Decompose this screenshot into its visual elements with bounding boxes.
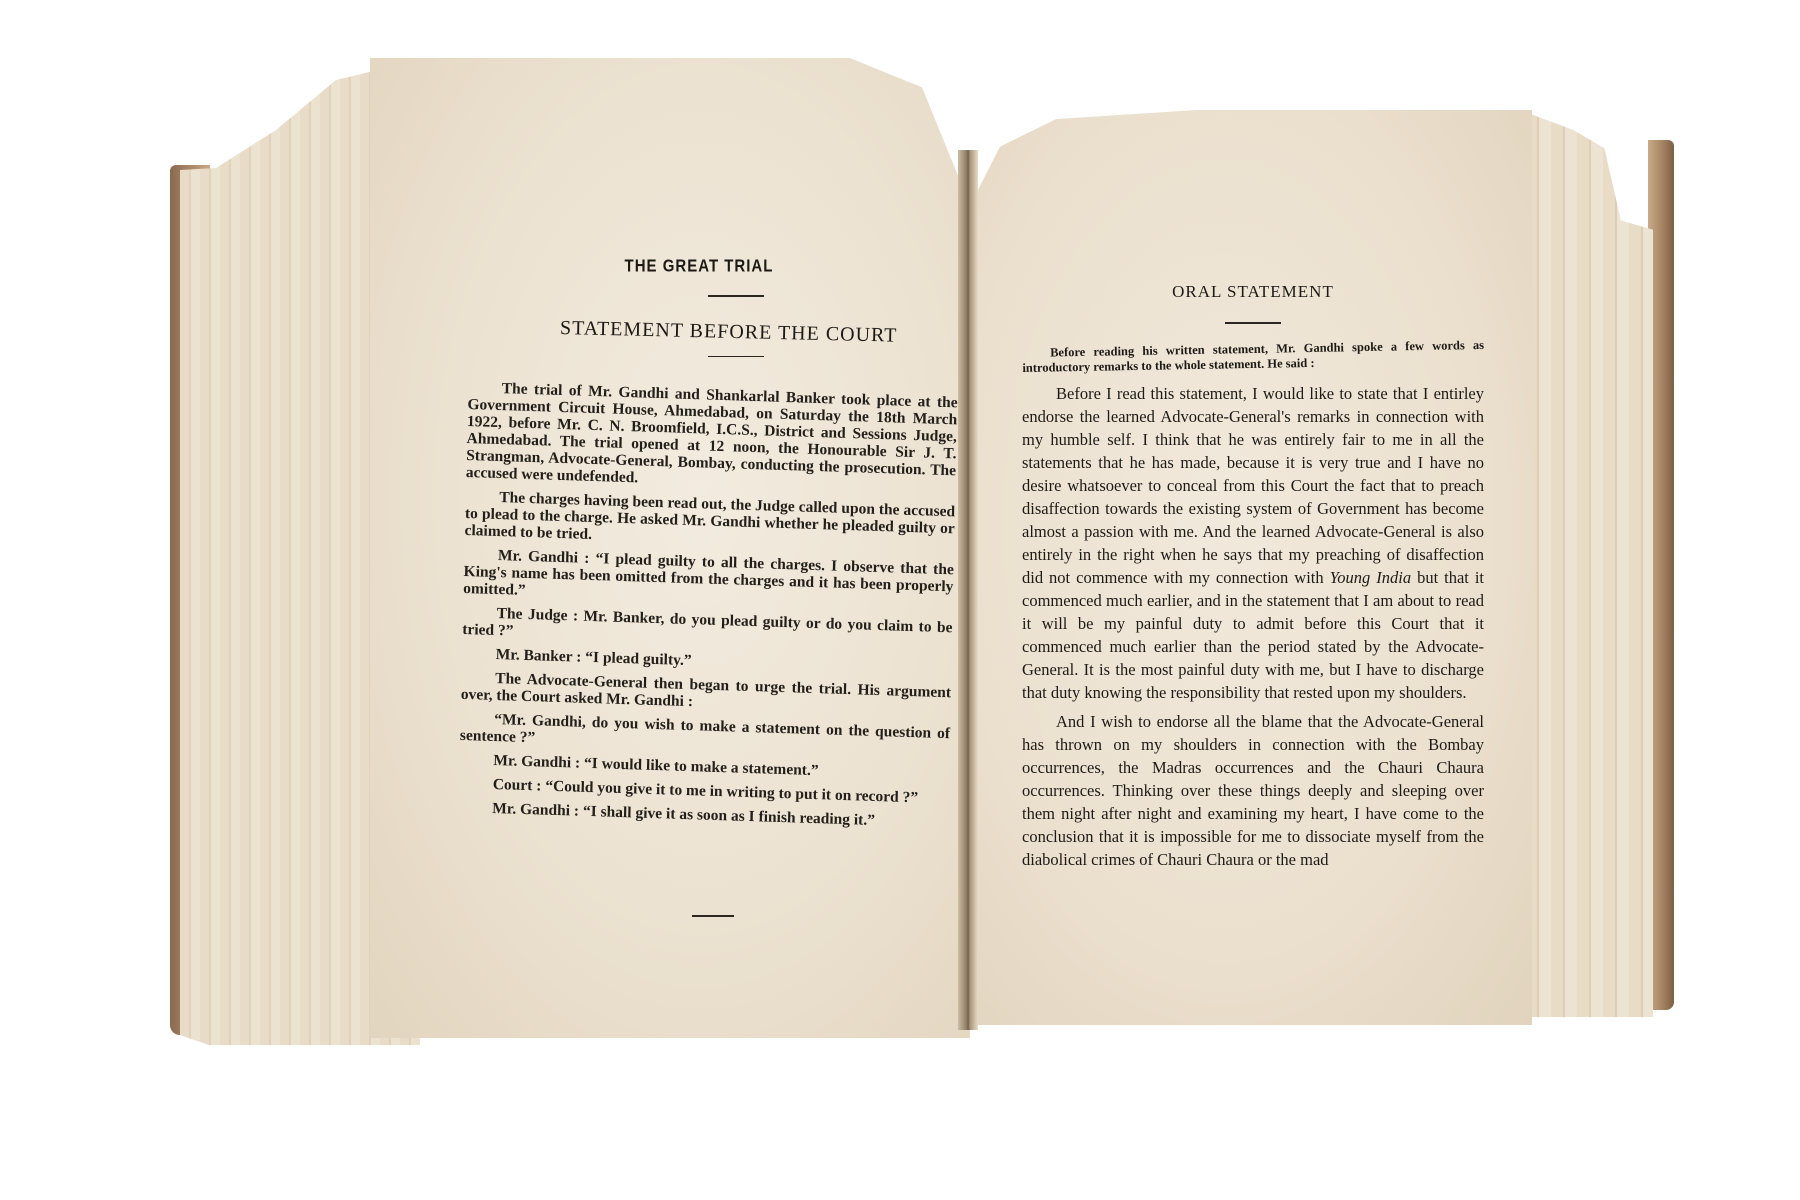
paragraph: “Mr. Gandhi, do you wish to make a state… (460, 710, 951, 759)
paragraph: The charges having been read out, the Ju… (464, 488, 955, 554)
publication-title: Young India (1330, 568, 1411, 587)
paragraph-text: but that it commenced much earlier, and … (1022, 568, 1484, 702)
section-title: ORAL STATEMENT (1022, 282, 1484, 302)
paragraph: The Advocate-General then began to urge … (461, 669, 952, 718)
paragraph-text: Before I read this statement, I would li… (1022, 384, 1484, 587)
paragraph: Mr. Gandhi : “I plead guilty to all the … (463, 546, 954, 612)
paragraph: The trial of Mr. Gandhi and Shankarlal B… (466, 379, 958, 496)
book-gutter (958, 150, 978, 1030)
divider-rule (708, 356, 764, 358)
running-head: THE GREAT TRIAL (564, 257, 834, 277)
right-page-content: ORAL STATEMENT Before reading his writte… (1022, 282, 1484, 877)
page-stack-right (1525, 112, 1653, 1017)
section-title: STATEMENT BEFORE THE COURT (560, 317, 958, 349)
paragraph: And I wish to endorse all the blame that… (1022, 710, 1484, 871)
divider-rule (708, 295, 764, 297)
end-rule (692, 915, 734, 917)
left-page-content: THE GREAT TRIAL STATEMENT BEFORE THE COU… (468, 258, 958, 823)
right-page-body: Before I read this statement, I would li… (1022, 382, 1484, 871)
divider-rule (1225, 322, 1281, 324)
open-book: THE GREAT TRIAL STATEMENT BEFORE THE COU… (0, 0, 1800, 1200)
paragraph: The Judge : Mr. Banker, do you plead gui… (462, 604, 953, 653)
left-page-body: The trial of Mr. Gandhi and Shankarlal B… (458, 379, 958, 831)
intro-note: Before reading his written statement, Mr… (1022, 337, 1484, 375)
paragraph: Before I read this statement, I would li… (1022, 382, 1484, 704)
